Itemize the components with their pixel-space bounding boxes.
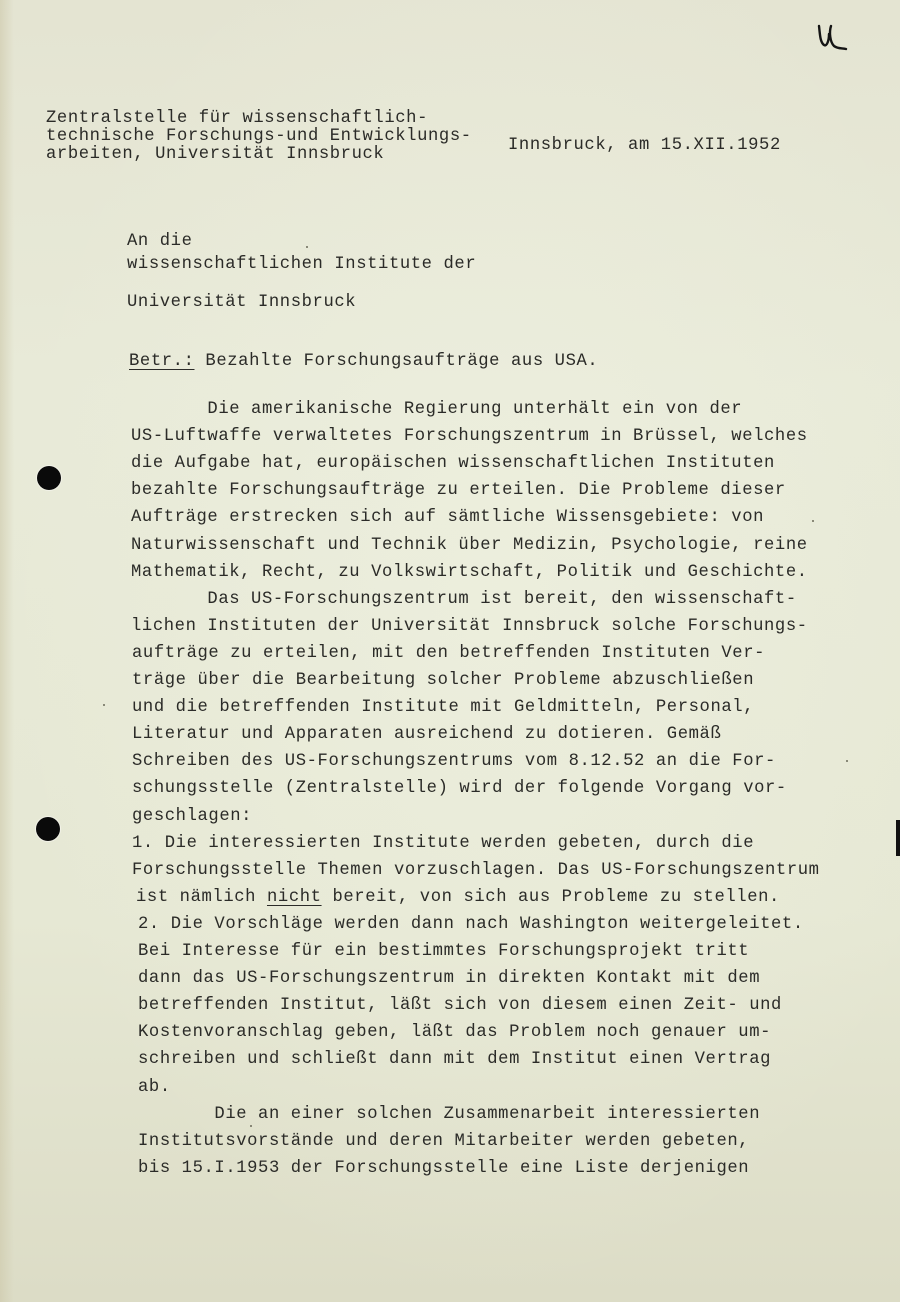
place-date: Innsbruck, am 15.XII.1952 <box>508 136 781 156</box>
body-line: schungsstelle (Zentralstelle) wird der f… <box>132 779 787 799</box>
paper-speck <box>846 760 848 762</box>
subject-text: Bezahlte Forschungsaufträge aus USA. <box>195 352 599 371</box>
body-line: Forschungsstelle Themen vorzuschlagen. D… <box>132 861 820 881</box>
handwritten-mark <box>815 22 849 54</box>
recipient-line: Universität Innsbruck <box>127 293 356 313</box>
body-line: bezahlte Forschungsaufträge zu erteilen.… <box>131 481 786 501</box>
body-line: und die betreffenden Institute mit Geldm… <box>132 698 754 718</box>
paper-speck <box>812 520 814 522</box>
sender-line: technische Forschungs-und Entwicklungs- <box>46 127 472 147</box>
body-line: Institutsvorstände und deren Mitarbeiter… <box>138 1132 749 1152</box>
body-line: Schreiben des US-Forschungszentrums vom … <box>132 752 776 772</box>
body-line: Aufträge erstrecken sich auf sämtliche W… <box>131 508 764 528</box>
punch-hole-top <box>37 466 61 490</box>
body-line: Naturwissenschaft und Technik über Mediz… <box>131 536 808 556</box>
edge-mark <box>896 820 900 856</box>
body-line: Mathematik, Recht, zu Volkswirtschaft, P… <box>131 563 808 583</box>
subject-label: Betr.: <box>129 352 195 371</box>
body-line: lichen Instituten der Universität Innsbr… <box>131 617 808 637</box>
body-line: die Aufgabe hat, europäischen wissenscha… <box>131 454 775 474</box>
body-line: Literatur und Apparaten ausreichend zu d… <box>132 725 721 745</box>
body-line: bis 15.I.1953 der Forschungsstelle eine … <box>138 1159 749 1179</box>
paper-speck <box>306 246 308 248</box>
body-line: Kostenvoranschlag geben, läßt das Proble… <box>138 1023 771 1043</box>
body-line: Die amerikanische Regierung unterhält ei… <box>131 400 742 420</box>
paper-speck <box>103 704 105 706</box>
body-line: Bei Interesse für ein bestimmtes Forschu… <box>138 942 749 962</box>
subject-line: Betr.: Bezahlte Forschungsaufträge aus U… <box>129 352 598 372</box>
body-line: ab. <box>138 1078 171 1098</box>
recipient-line: An die <box>127 232 193 252</box>
body-line: Die an einer solchen Zusammenarbeit inte… <box>138 1105 760 1125</box>
body-line: schreiben und schließt dann mit dem Inst… <box>138 1050 771 1070</box>
recipient-line: wissenschaftlichen Institute der <box>127 255 476 275</box>
body-line: Das US-Forschungszentrum ist bereit, den… <box>131 590 797 610</box>
punch-hole-bottom <box>36 817 60 841</box>
body-line: dann das US-Forschungszentrum in direkte… <box>138 969 760 989</box>
body-line: träge über die Bearbeitung solcher Probl… <box>132 671 754 691</box>
body-line: ist nämlich nicht bereit, von sich aus P… <box>136 888 780 908</box>
body-line: 2. Die Vorschläge werden dann nach Washi… <box>138 915 804 935</box>
paper-edge-shadow <box>0 0 14 1302</box>
sender-line: arbeiten, Universität Innsbruck <box>46 145 384 165</box>
body-line: US-Luftwaffe verwaltetes Forschungszentr… <box>131 427 808 447</box>
body-line: betreffenden Institut, läßt sich von die… <box>138 996 782 1016</box>
sender-line: Zentralstelle für wissenschaftlich- <box>46 109 428 129</box>
text-span: bereit, von sich aus Probleme zu stellen… <box>322 888 780 907</box>
text-span: ist nämlich <box>136 888 267 907</box>
body-line: 1. Die interessierten Institute werden g… <box>132 834 754 854</box>
body-line: geschlagen: <box>132 807 252 827</box>
body-line: aufträge zu erteilen, mit den betreffend… <box>132 644 765 664</box>
emphasis-nicht: nicht <box>267 888 322 907</box>
paper-speck <box>250 1125 252 1127</box>
